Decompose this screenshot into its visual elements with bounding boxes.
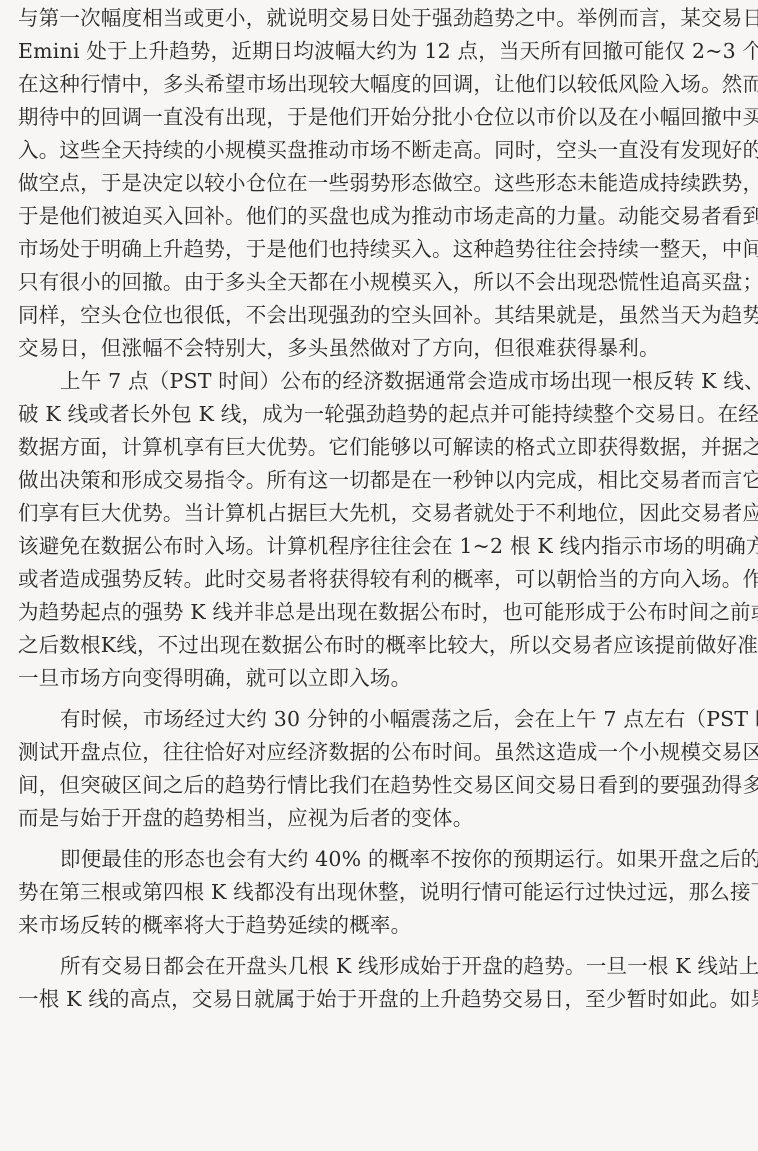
text-line: 之后数根K线，不过出现在数据公布时的概率比较大，所以交易者应该提前做好准备， xyxy=(18,629,740,662)
text-line: 做空点，于是决定以较小仓位在一些弱势形态做空。这些形态未能造成持续跌势， xyxy=(18,167,740,200)
paragraph-gap xyxy=(18,695,740,703)
text-line: 破 K 线或者长外包 K 线，成为一轮强劲趋势的起点并可能持续整个交易日。在经济 xyxy=(18,398,740,431)
text-line: 或者造成强势反转。此时交易者将获得较有利的概率，可以朝恰当的方向入场。作 xyxy=(18,563,740,596)
text-line: 与第一次幅度相当或更小，就说明交易日处于强劲趋势之中。举例而言，某交易日 xyxy=(18,2,740,35)
paragraph-best-setups: 即便最佳的形态也会有大约 40% 的概率不按你的预期运行。如果开盘之后的走 势在… xyxy=(18,843,740,942)
text-line: 该避免在数据公布时入场。计算机程序往往会在 1~2 根 K 线内指示市场的明确方… xyxy=(18,530,740,563)
text-line: 有时候，市场经过大约 30 分钟的小幅震荡之后，会在上午 7 点左右（PST 时… xyxy=(18,703,740,736)
document-page: 与第一次幅度相当或更小，就说明交易日处于强劲趋势之中。举例而言，某交易日 Emi… xyxy=(0,0,758,1151)
text-line: 间，但突破区间之后的趋势行情比我们在趋势性交易区间交易日看到的要强劲得多， xyxy=(18,769,740,802)
text-line: 同样，空头仓位也很低，不会出现强劲的空头回补。其结果就是，虽然当天为趋势 xyxy=(18,299,740,332)
text-line: 数据方面，计算机享有巨大优势。它们能够以可解读的格式立即获得数据，并据之 xyxy=(18,431,740,464)
paragraph-economic-data: 上午 7 点（PST 时间）公布的经济数据通常会造成市场出现一根反转 K 线、突… xyxy=(18,365,740,695)
text-line: 一旦市场方向变得明确，就可以立即入场。 xyxy=(18,662,740,695)
paragraph-gap xyxy=(18,835,740,843)
text-line: 而是与始于开盘的趋势相当，应视为后者的变体。 xyxy=(18,802,740,835)
text-line: 所有交易日都会在开盘头几根 K 线形成始于开盘的趋势。一旦一根 K 线站上前 xyxy=(18,950,740,983)
paragraph-trend-day-pullbacks: 与第一次幅度相当或更小，就说明交易日处于强劲趋势之中。举例而言，某交易日 Emi… xyxy=(18,2,740,365)
text-line: 来市场反转的概率将大于趋势延续的概率。 xyxy=(18,909,740,942)
text-line: 入。这些全天持续的小规模买盘推动市场不断走高。同时，空头一直没有发现好的 xyxy=(18,134,740,167)
text-line: 上午 7 点（PST 时间）公布的经济数据通常会造成市场出现一根反转 K 线、突 xyxy=(18,365,740,398)
paragraph-opening-range-test: 有时候，市场经过大约 30 分钟的小幅震荡之后，会在上午 7 点左右（PST 时… xyxy=(18,703,740,835)
text-line: 期待中的回调一直没有出现，于是他们开始分批小仓位以市价以及在小幅回撤中买 xyxy=(18,101,740,134)
text-line: 测试开盘点位，往往恰好对应经济数据的公布时间。虽然这造成一个小规模交易区 xyxy=(18,736,740,769)
text-line: 一根 K 线的高点，交易日就属于始于开盘的上升趋势交易日，至少暂时如此。如果 xyxy=(18,983,740,1016)
text-line: 做出决策和形成交易指令。所有这一切都是在一秒钟以内完成，相比交易者而言它 xyxy=(18,464,740,497)
text-line: 在这种行情中，多头希望市场出现较大幅度的回调，让他们以较低风险入场。然而 xyxy=(18,68,740,101)
text-line: 们享有巨大优势。当计算机占据巨大先机，交易者就处于不利地位，因此交易者应 xyxy=(18,497,740,530)
paragraph-trend-from-open: 所有交易日都会在开盘头几根 K 线形成始于开盘的趋势。一旦一根 K 线站上前 一… xyxy=(18,950,740,1016)
text-line: 为趋势起点的强势 K 线并非总是出现在数据公布时，也可能形成于公布时间之前或 xyxy=(18,596,740,629)
text-line: 市场处于明确上升趋势，于是他们也持续买入。这种趋势往往会持续一整天，中间 xyxy=(18,233,740,266)
text-line: 势在第三根或第四根 K 线都没有出现休整，说明行情可能运行过快过远，那么接下 xyxy=(18,876,740,909)
text-line: 只有很小的回撤。由于多头全天都在小规模买入，所以不会出现恐慌性追高买盘； xyxy=(18,266,740,299)
paragraph-gap xyxy=(18,942,740,950)
text-line: 交易日，但涨幅不会特别大，多头虽然做对了方向，但很难获得暴利。 xyxy=(18,332,740,365)
text-line: 于是他们被迫买入回补。他们的买盘也成为推动市场走高的力量。动能交易者看到 xyxy=(18,200,740,233)
text-line: Emini 处于上升趋势，近期日均波幅大约为 12 点，当天所有回撤可能仅 2~… xyxy=(18,35,740,68)
text-line: 即便最佳的形态也会有大约 40% 的概率不按你的预期运行。如果开盘之后的走 xyxy=(18,843,740,876)
